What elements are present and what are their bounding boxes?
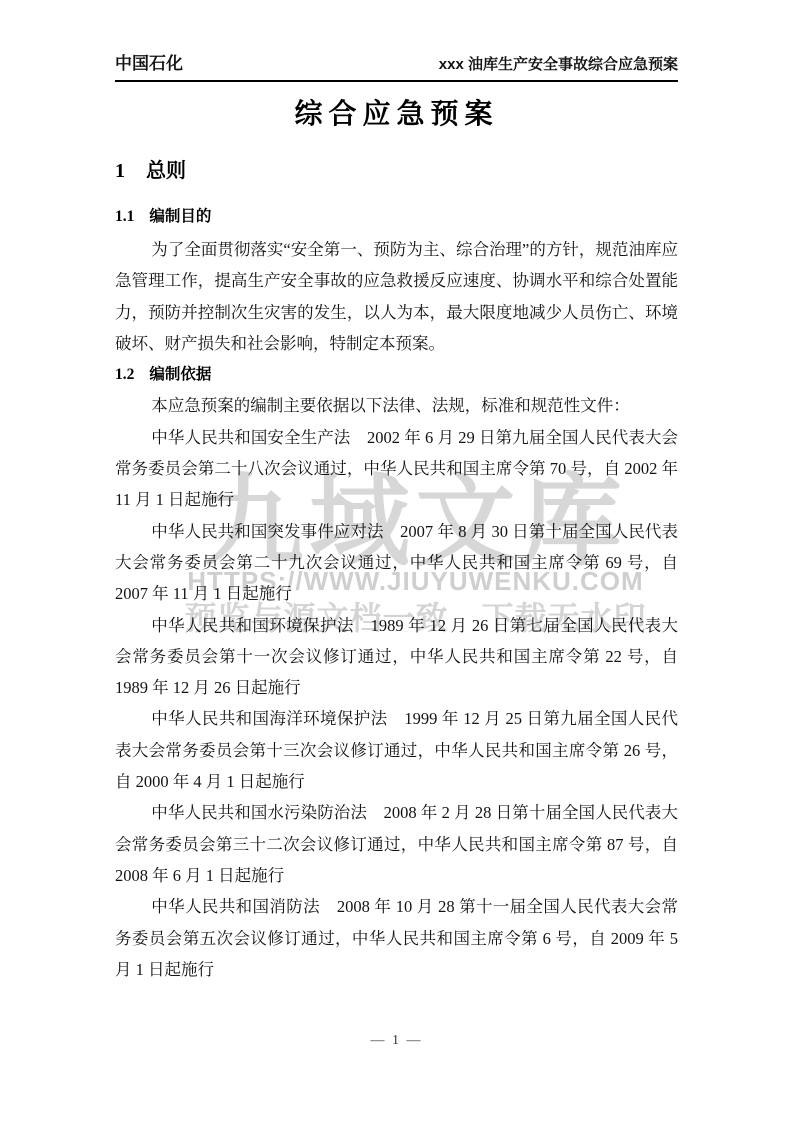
paragraph-basis-intro: 本应急预案的编制主要依据以下法律、法规，标准和规范性文件： [115, 390, 678, 421]
page-header: 中国石化 xxx 油库生产安全事故综合应急预案 [115, 0, 678, 82]
section-heading-1: 1总则 [115, 158, 678, 184]
document-content: 中国石化 xxx 油库生产安全事故综合应急预案 综合应急预案 1总则 1.1编制… [0, 0, 793, 985]
document-page: 九域文库 HTTPS://WWW.JIUYUWENKU.COM 预览与源文档一致… [0, 0, 793, 1122]
paragraph-purpose: 为了全面贯彻落实“安全第一、预防为主、综合治理”的方针，规范油库应急管理工作，提… [115, 234, 678, 359]
law-paragraph: 中华人民共和国环境保护法 1989 年 12 月 26 日第七届全国人民代表大会… [115, 610, 678, 704]
document-title: 综合应急预案 [115, 96, 678, 132]
section-number: 1.2 [115, 366, 134, 383]
header-doc-title: xxx 油库生产安全事故综合应急预案 [439, 54, 678, 75]
section-heading-1-2: 1.2编制依据 [115, 359, 678, 390]
law-paragraph: 中华人民共和国安全生产法 2002 年 6 月 29 日第九届全国人民代表大会常… [115, 422, 678, 516]
section-label: 编制依据 [149, 366, 211, 383]
law-paragraph: 中华人民共和国消防法 2008 年 10 月 28 第十一届全国人民代表大会常务… [115, 891, 678, 985]
section-number: 1 [115, 160, 125, 182]
law-paragraph: 中华人民共和国突发事件应对法 2007 年 8 月 30 日第十届全国人民代表大… [115, 516, 678, 610]
header-company: 中国石化 [115, 53, 183, 74]
section-label: 总则 [146, 160, 186, 182]
section-number: 1.1 [115, 208, 134, 225]
section-heading-1-1: 1.1编制目的 [115, 206, 678, 228]
law-paragraph: 中华人民共和国海洋环境保护法 1999 年 12 月 25 日第九届全国人民代表… [115, 703, 678, 797]
section-label: 编制目的 [149, 208, 211, 225]
law-paragraph: 中华人民共和国水污染防治法 2008 年 2 月 28 日第十届全国人民代表大会… [115, 797, 678, 891]
page-number: — 1 — [0, 1033, 793, 1049]
